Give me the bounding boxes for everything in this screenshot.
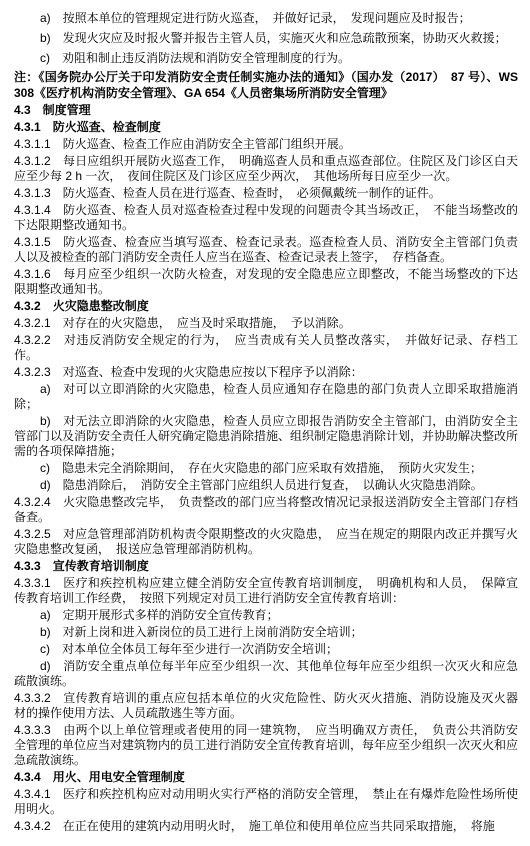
list-item: a) 按照本单位的管理规定进行防火巡查， 并做好记录， 发现问题应及时报告； [14, 9, 518, 28]
section-heading: 4.3.4 用火、用电安全管理制度 [14, 770, 518, 785]
clause-paragraph: 4.3.3.2 宣传教育培训的重点应包括本单位的火灾危险性、防火灭火措施、消防设… [14, 691, 518, 721]
note-paragraph: 注：《国务院办公厅关于印发消防安全责任制实施办法的通知》（国办发（2017） 8… [14, 69, 518, 101]
clause-paragraph: 4.3.1.3 防火巡查、检查人员在进行巡查、检查时， 必须佩戴统一制作的证件。 [14, 186, 518, 201]
clause-paragraph: 4.3.4.1 医疗和疾控机构应对动用明火实行严格的消防安全管理， 禁止在有爆炸… [14, 787, 518, 817]
list-item: d) 消防安全重点单位每半年应至少组织一次、其他单位每年应至少组织一次灭火和应急… [14, 659, 518, 689]
clause-paragraph: 4.3.1.4 防火巡查、检查人员对巡查检查过程中发现的问题责令其当场改正， 不… [14, 203, 518, 233]
clause-paragraph: 4.3.1.6 每月应至少组织一次防火检查，对发现的安全隐患应立即整改，不能当场… [14, 267, 518, 297]
list-item: c) 劝阻和制止违反消防法规和消防安全管理制度的行为。 [14, 49, 518, 68]
section-heading: 4.3.2 火灾隐患整改制度 [14, 299, 518, 314]
clause-paragraph: 4.3.2.4 火灾隐患整改完毕， 负责整改的部门应当将整改情况记录报送消防安全… [14, 495, 518, 525]
list-item: c) 对本单位全体员工每年至少进行一次消防安全培训； [14, 642, 518, 657]
list-item: a) 定期开展形式多样的消防安全宣传教育； [14, 608, 518, 623]
clause-paragraph: 4.3.2.5 对应急管理部消防机构责令限期整改的火灾隐患， 应当在规定的期限内… [14, 527, 518, 557]
section-heading: 4.3.3 宣传教育培训制度 [14, 559, 518, 574]
list-item: b) 发现火灾应及时报火警并报告主管人员，实施灭火和应急疏散预案，协助灭火救援； [14, 29, 518, 48]
clause-paragraph: 4.3.3.3 由两个以上单位管理或者使用的同一建筑物， 应当明确双方责任， 负… [14, 723, 518, 768]
document-page: { "page": { "background_color": "#ffffff… [0, 0, 530, 846]
section-heading: 4.3 制度管理 [14, 103, 518, 118]
list-item: c) 隐患未完全消除期间， 存在火灾隐患的部门应采取有效措施， 预防火灾发生； [14, 461, 518, 476]
list-item: b) 对新上岗和进入新岗位的员工进行上岗前消防安全培训； [14, 625, 518, 640]
list-item: b) 对无法立即消除的火灾隐患，检查人员应立即报告消防安全主管部门，由消防安全主… [14, 414, 518, 459]
list-item: d) 隐患消除后， 消防安全主管部门应组织人员进行复查， 以确认火灾隐患消除。 [14, 478, 518, 493]
clause-paragraph: 4.3.2.3 对巡查、检查中发现的火灾隐患应按以下程序予以消除： [14, 365, 518, 380]
clause-paragraph: 4.3.3.1 医疗和疾控机构应建立健全消防安全宣传教育培训制度， 明确机构和人… [14, 576, 518, 606]
clause-paragraph: 4.3.4.2 在正在使用的建筑内动用明火时， 施工单位和使用单位应当共同采取措… [14, 819, 518, 834]
clause-paragraph: 4.3.1.1 防火巡查、检查工作应由消防安全主管部门组织开展。 [14, 137, 518, 152]
section-heading: 4.3.1 防火巡查、检查制度 [14, 120, 518, 135]
clause-paragraph: 4.3.2.1 对存在的火灾隐患， 应当及时采取措施， 予以消除。 [14, 316, 518, 331]
clause-paragraph: 4.3.1.2 每日应组织开展防火巡查工作， 明确巡查人员和重点巡查部位。住院区… [14, 154, 518, 184]
clause-paragraph: 4.3.1.5 防火巡查、检查应当填写巡查、检查记录表。巡查检查人员、消防安全主… [14, 235, 518, 265]
document-text-area: a) 按照本单位的管理规定进行防火巡查， 并做好记录， 发现问题应及时报告；b)… [0, 0, 530, 846]
clause-paragraph: 4.3.2.2 对违反消防安全规定的行为， 应当责成有关人员整改落实， 并做好记… [14, 333, 518, 363]
list-item: a) 对可以立即消除的火灾隐患，检查人员应通知存在隐患的部门负责人立即采取措施消… [14, 382, 518, 412]
